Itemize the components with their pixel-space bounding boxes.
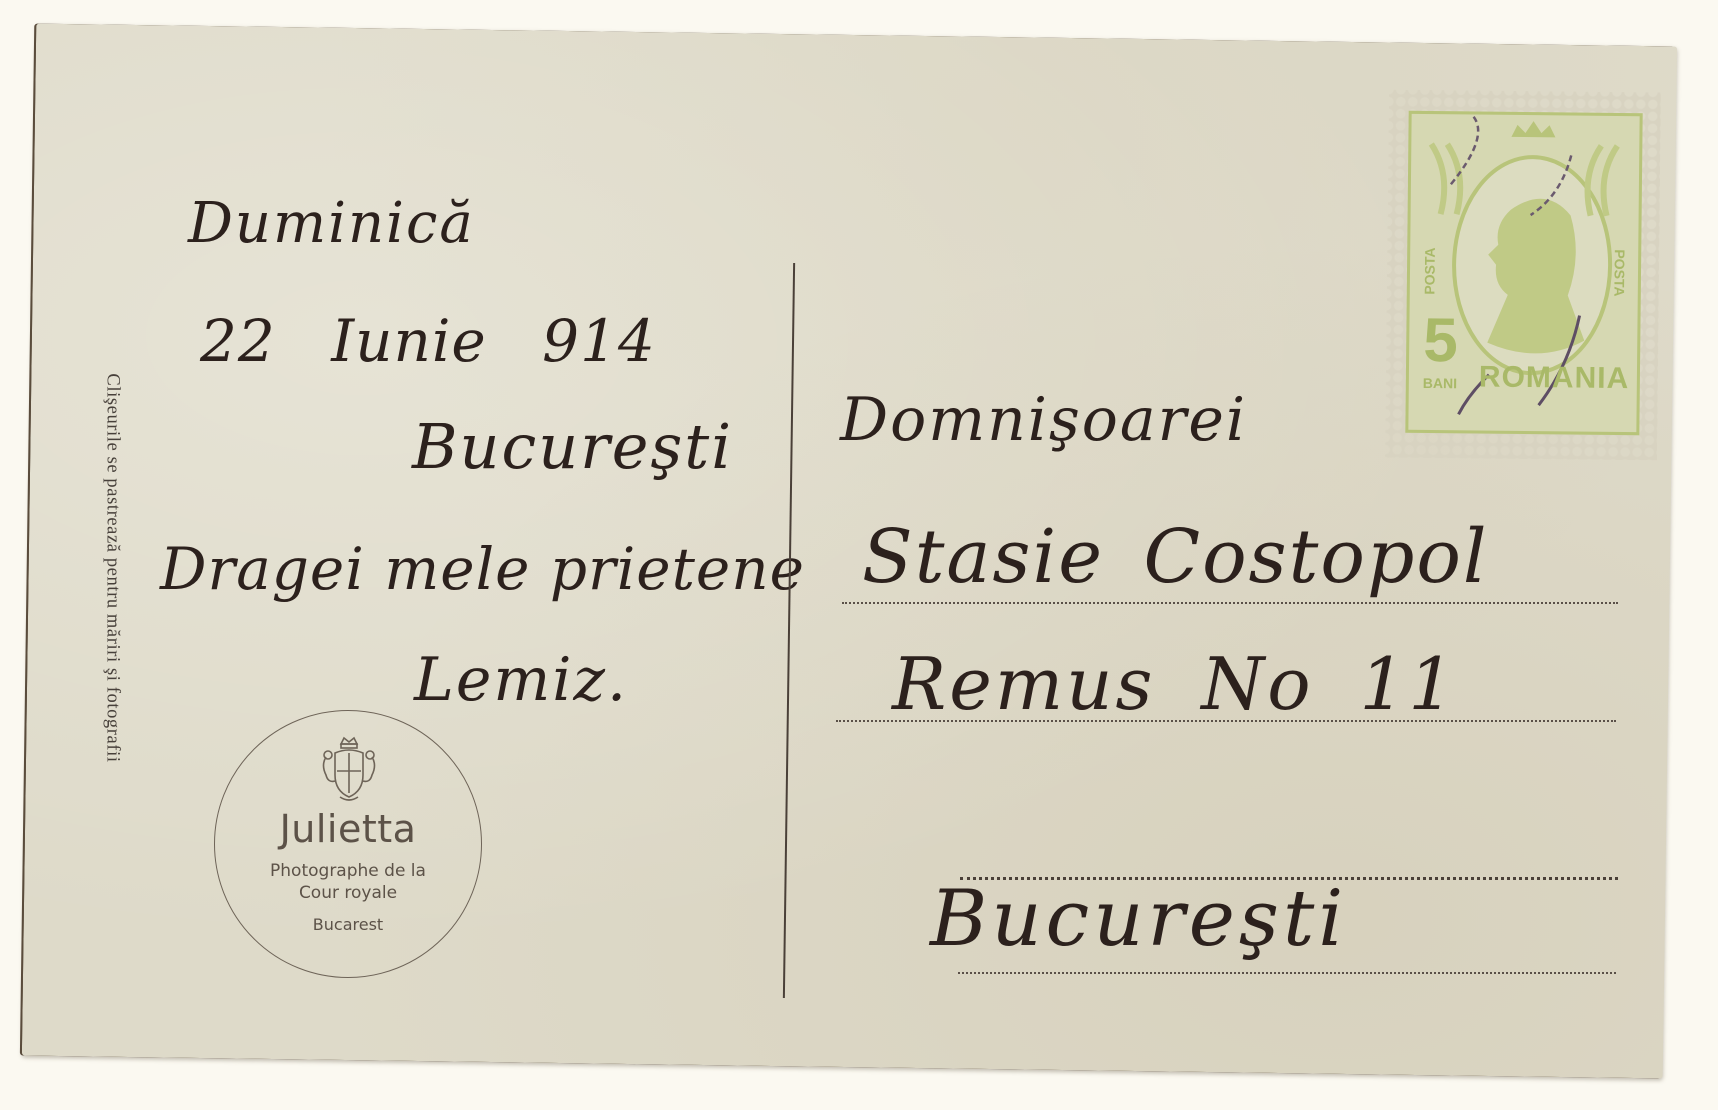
message-place: Bucureşti <box>412 416 733 478</box>
postcard-content: Clişeurile se pastrează pentru măriri şi… <box>0 0 1718 1110</box>
studio-name: Julietta <box>215 807 481 851</box>
address-line-4 <box>958 972 1616 974</box>
message-signature: Lemiz. <box>414 650 628 710</box>
address-salutation: Domnişoarei <box>840 390 1247 450</box>
message-date: 22 Iunie 914 <box>200 312 656 370</box>
message-greeting: Dragei mele prietene <box>160 540 805 598</box>
address-name: Stasie Costopol <box>862 520 1489 594</box>
studio-city: Bucarest <box>215 915 481 934</box>
stamp-side-label-right: POSTA <box>1612 249 1626 296</box>
studio-line2: Cour royale <box>215 883 481 903</box>
address-street: Remus No 11 <box>892 648 1457 720</box>
message-day: Duminică <box>188 196 475 252</box>
address-line-1 <box>842 602 1618 604</box>
studio-seal: Julietta Photographe de la Cour royale B… <box>214 710 482 978</box>
royal-coat-of-arms-icon <box>318 735 380 805</box>
studio-line1: Photographe de la <box>215 861 481 881</box>
stamp-unit: BANI <box>1423 376 1457 390</box>
printed-side-note: Clişeurile se pastrează pentru măriri şi… <box>102 373 123 762</box>
address-city: Bucureşti <box>930 880 1347 958</box>
stamp-value: 5 <box>1423 310 1458 372</box>
stamp-side-label-left: POSTA <box>1422 247 1436 294</box>
center-divider <box>783 263 795 998</box>
stamp-country: ROMANIA <box>1479 363 1630 395</box>
stamp-design: 5 BANI ROMANIA POSTA POSTA <box>1405 111 1642 435</box>
